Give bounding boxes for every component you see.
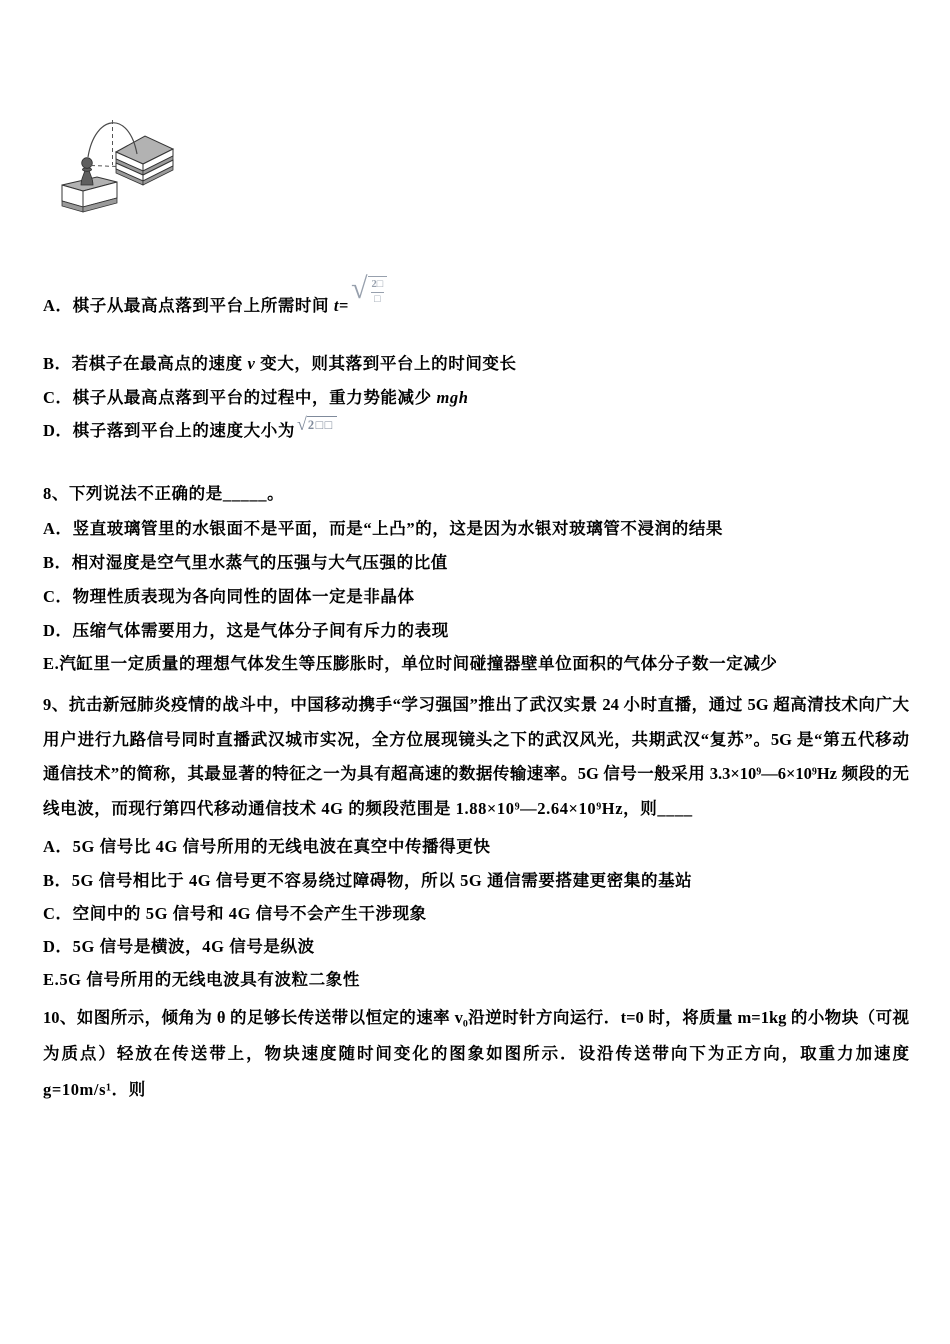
q7-option-d-label: D． <box>43 421 73 440</box>
q9-option-d: D．5G 信号是横波，4G 信号是纵波 <box>43 937 909 958</box>
q7-option-a: A．棋子从最高点落到平台上所需时间 t=√2□□ <box>43 289 909 319</box>
q7-option-a-eq: = <box>339 296 349 315</box>
q9-body-line-1: 9、抗击新冠肺炎疫情的战斗中，中国移动携手“学习强国”推出了武汉实景 24 小时… <box>43 695 909 716</box>
q7-option-c-pre: 棋子从最高点落到平台的过程中，重力势能减少 <box>73 388 437 407</box>
q7-option-b-pre: 若棋子在最高点的速度 <box>72 354 248 373</box>
q7-option-b-label: B． <box>43 354 72 373</box>
q8-title: 8、下列说法不正确的是_____。 <box>43 484 909 505</box>
q7-option-c: C．棋子从最高点落到平台的过程中，重力势能减少 mgh <box>43 388 909 409</box>
q7-option-b-post: 变大，则其落到平台上的时间变长 <box>255 354 516 373</box>
q9-option-c: C．空间中的 5G 信号和 4G 信号不会产生干涉现象 <box>43 904 909 925</box>
q8-option-b: B．相对湿度是空气里水蒸气的压强与大气压强的比值 <box>43 553 909 574</box>
q9-body-line-4: 线电波，而现行第四代移动通信技术 4G 的频段范围是 1.88×10⁹—2.64… <box>43 799 909 820</box>
q9-option-a: A．5G 信号比 4G 信号所用的无线电波在真空中传播得更快 <box>43 837 909 858</box>
q7-option-c-var: mgh <box>436 388 468 407</box>
q9-body-line-3: 通信技术”的简称，其最显著的特征之一为具有超高速的数据传输速率。5G 信号一般采… <box>43 764 909 785</box>
q9-option-b: B．5G 信号相比于 4G 信号更不容易绕过障碍物，所以 5G 通信需要搭建更密… <box>43 871 909 892</box>
q7-option-b: B．若棋子在最高点的速度 v 变大，则其落到平台上的时间变长 <box>43 354 909 375</box>
q8-option-a: A．竖直玻璃管里的水银面不是平面，而是“上凸”的，这是因为水银对玻璃管不浸润的结… <box>43 519 909 540</box>
sqrt-denominator: □ <box>374 293 380 306</box>
q10-body-line-2: 为质点）轻放在传送带上，物块速度随时间变化的图象如图所示．设沿传送带向下为正方向… <box>43 1044 909 1065</box>
figure-chess-piece-platforms <box>55 108 195 228</box>
sqrt-content: 2□□ <box>307 416 337 433</box>
q7-option-a-text: 棋子从最高点落到平台上所需时间 <box>73 296 334 315</box>
q9-option-e: E.5G 信号所用的无线电波具有波粒二象性 <box>43 970 909 991</box>
horizontal-dashed-line <box>91 166 117 167</box>
q8-option-e: E.汽缸里一定质量的理想气体发生等压膨胀时，单位时间碰撞器壁单位面积的气体分子数… <box>43 654 909 675</box>
exam-page: A．棋子从最高点落到平台上所需时间 t=√2□□ B．若棋子在最高点的速度 v … <box>0 0 950 1344</box>
q7-option-a-label: A． <box>43 296 73 315</box>
sqrt-fraction-formula: √2□□ <box>351 276 387 306</box>
q7-option-c-label: C． <box>43 388 73 407</box>
q10-body-line-1: 10、如图所示，倾角为 θ 的足够长传送带以恒定的速率 v₀沿逆时针方向运行．t… <box>43 1008 909 1029</box>
radical-sign: √ <box>351 276 367 302</box>
q7-option-d: D．棋子落到平台上的速度大小为√2□□ <box>43 421 909 442</box>
q7-option-d-pre: 棋子落到平台上的速度大小为 <box>73 421 295 440</box>
q8-option-c: C．物理性质表现为各向同性的固体一定是非晶体 <box>43 587 909 608</box>
radical-sign: √ <box>297 416 307 432</box>
sqrt-numerator: 2□ <box>371 279 385 293</box>
chess-pawn-icon <box>81 158 93 185</box>
right-platform <box>116 136 173 185</box>
sqrt-line-formula: √2□□ <box>297 416 337 433</box>
q10-body-line-3: g=10m/s¹．则 <box>43 1080 909 1101</box>
q9-body-line-2: 用户进行九路信号同时直播武汉城市实况，全方位展现镜头之下的武汉风光，共期武汉“复… <box>43 730 909 751</box>
q8-option-d: D．压缩气体需要用力，这是气体分子间有斥力的表现 <box>43 621 909 642</box>
